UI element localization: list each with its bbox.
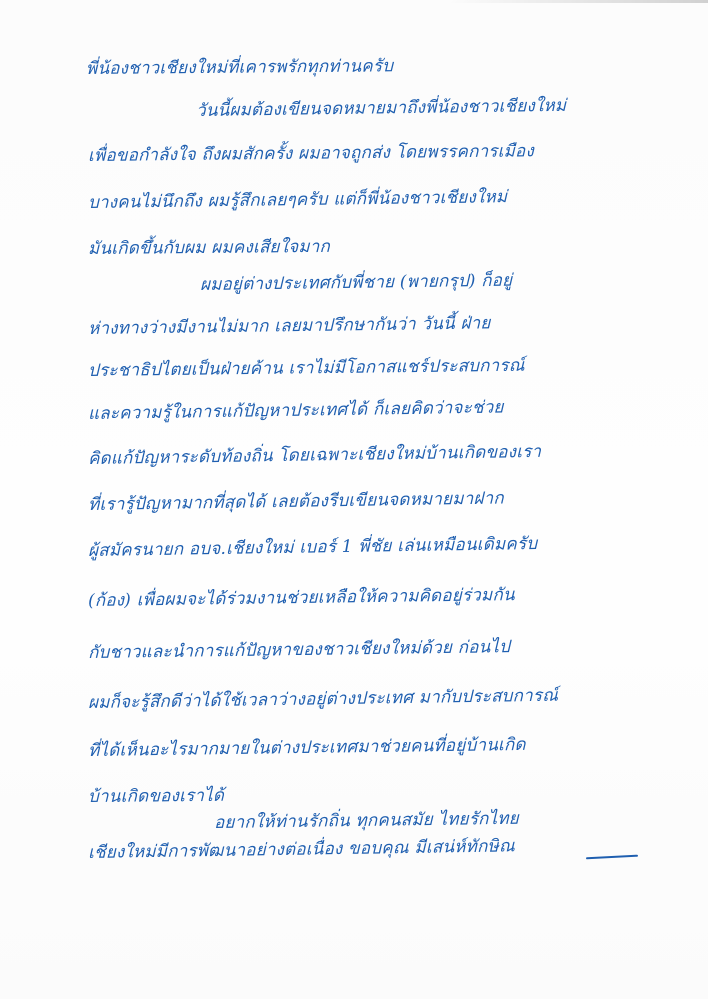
letter-line: (ก้อง) เพื่อผมจะได้ร่วมงานช่วยเหลือให้คว… bbox=[88, 584, 515, 612]
letter-line: มันเกิดขึ้นกับผม ผมคงเสียใจมาก bbox=[88, 236, 330, 260]
letter-line: คิดแก้ปัญหาระดับท้องถิ่น โดยเฉพาะเชียงให… bbox=[88, 441, 542, 470]
handwritten-letter-page: พี่น้องชาวเชียงใหม่ที่เคารพรักทุกท่านครั… bbox=[0, 0, 708, 999]
paper-edge-shadow bbox=[448, 0, 708, 3]
letter-line: อยากให้ท่านรักถิ่น ทุกคนสมัย ไทยรักไทย bbox=[214, 808, 519, 834]
letter-line: บางคนไม่นึกถึง ผมรู้สึกเลยๆครับ แต่ก็พี่… bbox=[88, 186, 508, 214]
letter-closing-signature-line: เชียงใหม่มีการพัฒนาอย่างต่อเนื่อง ขอบคุณ… bbox=[88, 835, 515, 864]
signature-underline bbox=[586, 855, 638, 860]
letter-line: ผู้สมัครนายก อบจ.เชียงใหม่ เบอร์ 1 พี่ชั… bbox=[88, 533, 538, 562]
letter-line: ที่เรารู้ปัญหามากที่สุดได้ เลยต้องรีบเขี… bbox=[88, 487, 504, 516]
letter-line: เพื่อขอกำลังใจ ถึงผมสักครั้ง ผมอาจถูกส่ง… bbox=[88, 140, 534, 167]
letter-line: ที่ได้เห็นอะไรมากมายในต่างประเทศมาช่วยคน… bbox=[88, 734, 526, 762]
letter-line: กับชาวและนำการแก้ปัญหาของชาวเชียงใหม่ด้ว… bbox=[88, 636, 510, 664]
letter-line: วันนี้ผมต้องเขียนจดหมายมาถึงพี่น้องชาวเช… bbox=[196, 95, 567, 122]
letter-line: บ้านเกิดของเราได้ bbox=[88, 785, 224, 808]
letter-line: ผมก็จะรู้สึกดีว่าได้ใช้เวลาว่างอยู่ต่างป… bbox=[88, 685, 558, 714]
letter-salutation: พี่น้องชาวเชียงใหม่ที่เคารพรักทุกท่านครั… bbox=[86, 55, 393, 80]
letter-line: ผมอยู่ต่างประเทศกับพี่ชาย (พายกรุป) ก็อย… bbox=[200, 270, 513, 296]
letter-line: ห่างทางว่างมีงานไม่มาก เลยมาปรึกษากันว่า… bbox=[88, 312, 491, 340]
letter-line: ประชาธิปไตยเป็นฝ่ายค้าน เราไม่มีโอกาสแชร… bbox=[88, 355, 525, 382]
letter-line: และความรู้ในการแก้ปัญหาประเทศได้ ก็เลยคิ… bbox=[88, 396, 504, 425]
